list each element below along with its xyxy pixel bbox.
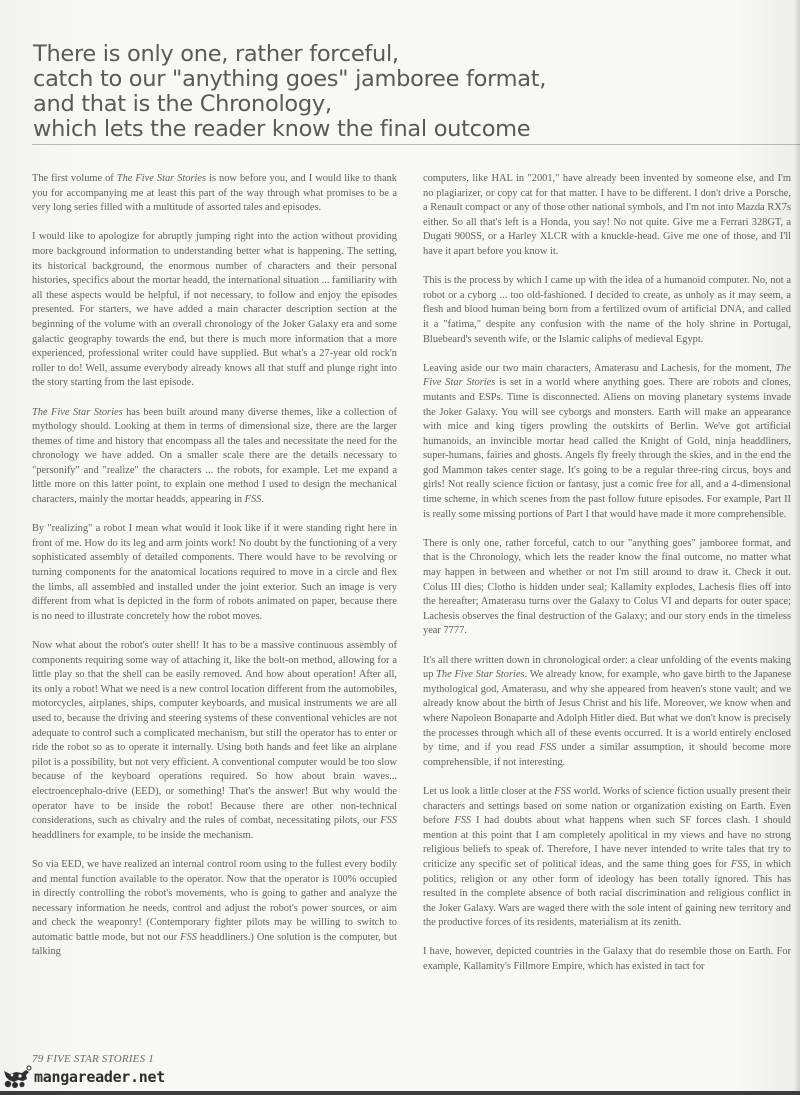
paragraph-text: . bbox=[261, 494, 264, 505]
page-heading: There is only one, rather forceful, catc… bbox=[33, 42, 493, 142]
italic-title-text: FSS bbox=[454, 815, 471, 826]
body-paragraph: There is only one, rather forceful, catc… bbox=[423, 537, 791, 639]
body-paragraph: I have, however, depicted countries in t… bbox=[423, 945, 791, 974]
scan-bottom-border bbox=[0, 1091, 800, 1095]
paragraph-text: I have, however, depicted countries in t… bbox=[423, 946, 791, 972]
heading-line: and that is the Chronology, bbox=[33, 92, 493, 117]
paragraph-text: Let us look a little closer at the bbox=[423, 786, 554, 797]
italic-title-text: The Five Star Stories bbox=[117, 173, 206, 184]
page-edge-shadow bbox=[794, 0, 800, 1095]
body-paragraph: Let us look a little closer at the FSS w… bbox=[423, 785, 791, 931]
body-paragraph: So via EED, we have realized an internal… bbox=[32, 858, 397, 960]
paragraph-text: So via EED, we have realized an internal… bbox=[32, 859, 397, 943]
paragraph-text: The first volume of bbox=[32, 173, 117, 184]
italic-title-text: FSS bbox=[554, 786, 571, 797]
paragraph-text: computers, like HAL in "2001," have alre… bbox=[423, 173, 791, 257]
body-paragraph: This is the process by which I came up w… bbox=[423, 274, 791, 347]
heading-line: catch to our "anything goes" jamboree fo… bbox=[33, 67, 493, 92]
cow-mascot-icon bbox=[2, 1065, 32, 1089]
body-paragraph: Leaving aside our two main characters, A… bbox=[423, 362, 791, 523]
paragraph-text: By "realizing" a robot I mean what would… bbox=[32, 523, 397, 622]
italic-title-text: The Five Star Stories bbox=[436, 669, 524, 680]
body-paragraph: It's all there written down in chronolog… bbox=[423, 654, 791, 771]
right-text-column: computers, like HAL in "2001," have alre… bbox=[423, 172, 791, 989]
body-paragraph: The Five Star Stories has been built aro… bbox=[32, 406, 397, 508]
body-paragraph: The first volume of The Five Star Storie… bbox=[32, 172, 397, 216]
heading-line: There is only one, rather forceful, bbox=[33, 42, 493, 67]
paragraph-text: There is only one, rather forceful, catc… bbox=[423, 538, 791, 637]
magazine-page: There is only one, rather forceful, catc… bbox=[0, 0, 800, 1095]
italic-title-text: FSS bbox=[540, 742, 557, 753]
paragraph-text: I would like to apologize for abruptly j… bbox=[32, 231, 397, 388]
paragraph-text: headdliners for example, to be inside th… bbox=[32, 830, 253, 841]
italic-title-text: FSS bbox=[180, 932, 197, 943]
left-text-column: The first volume of The Five Star Storie… bbox=[32, 172, 397, 975]
paragraph-text: Now what about the robot's outer shell! … bbox=[32, 640, 397, 826]
body-paragraph: I would like to apologize for abruptly j… bbox=[32, 230, 397, 391]
heading-line: which lets the reader know the final out… bbox=[33, 117, 493, 142]
paragraph-text: . We already know, for example, who gave… bbox=[423, 669, 791, 753]
body-paragraph: computers, like HAL in "2001," have alre… bbox=[423, 172, 791, 260]
italic-title-text: The Five Star Stories bbox=[32, 407, 123, 418]
paragraph-text: Leaving aside our two main characters, A… bbox=[423, 363, 775, 374]
site-watermark: mangareader.net bbox=[2, 1064, 165, 1090]
paragraph-text: is set in a world where anything goes. T… bbox=[423, 377, 791, 519]
paragraph-text: has been built around many diverse theme… bbox=[32, 407, 397, 506]
paragraph-text: This is the process by which I came up w… bbox=[423, 275, 791, 344]
watermark-text: mangareader.net bbox=[34, 1068, 165, 1086]
italic-title-text: FSS bbox=[245, 494, 262, 505]
body-paragraph: By "realizing" a robot I mean what would… bbox=[32, 522, 397, 624]
italic-title-text: FSS bbox=[380, 815, 397, 826]
body-paragraph: Now what about the robot's outer shell! … bbox=[32, 639, 397, 843]
italic-title-text: FSS bbox=[731, 859, 748, 870]
heading-divider bbox=[32, 144, 800, 145]
